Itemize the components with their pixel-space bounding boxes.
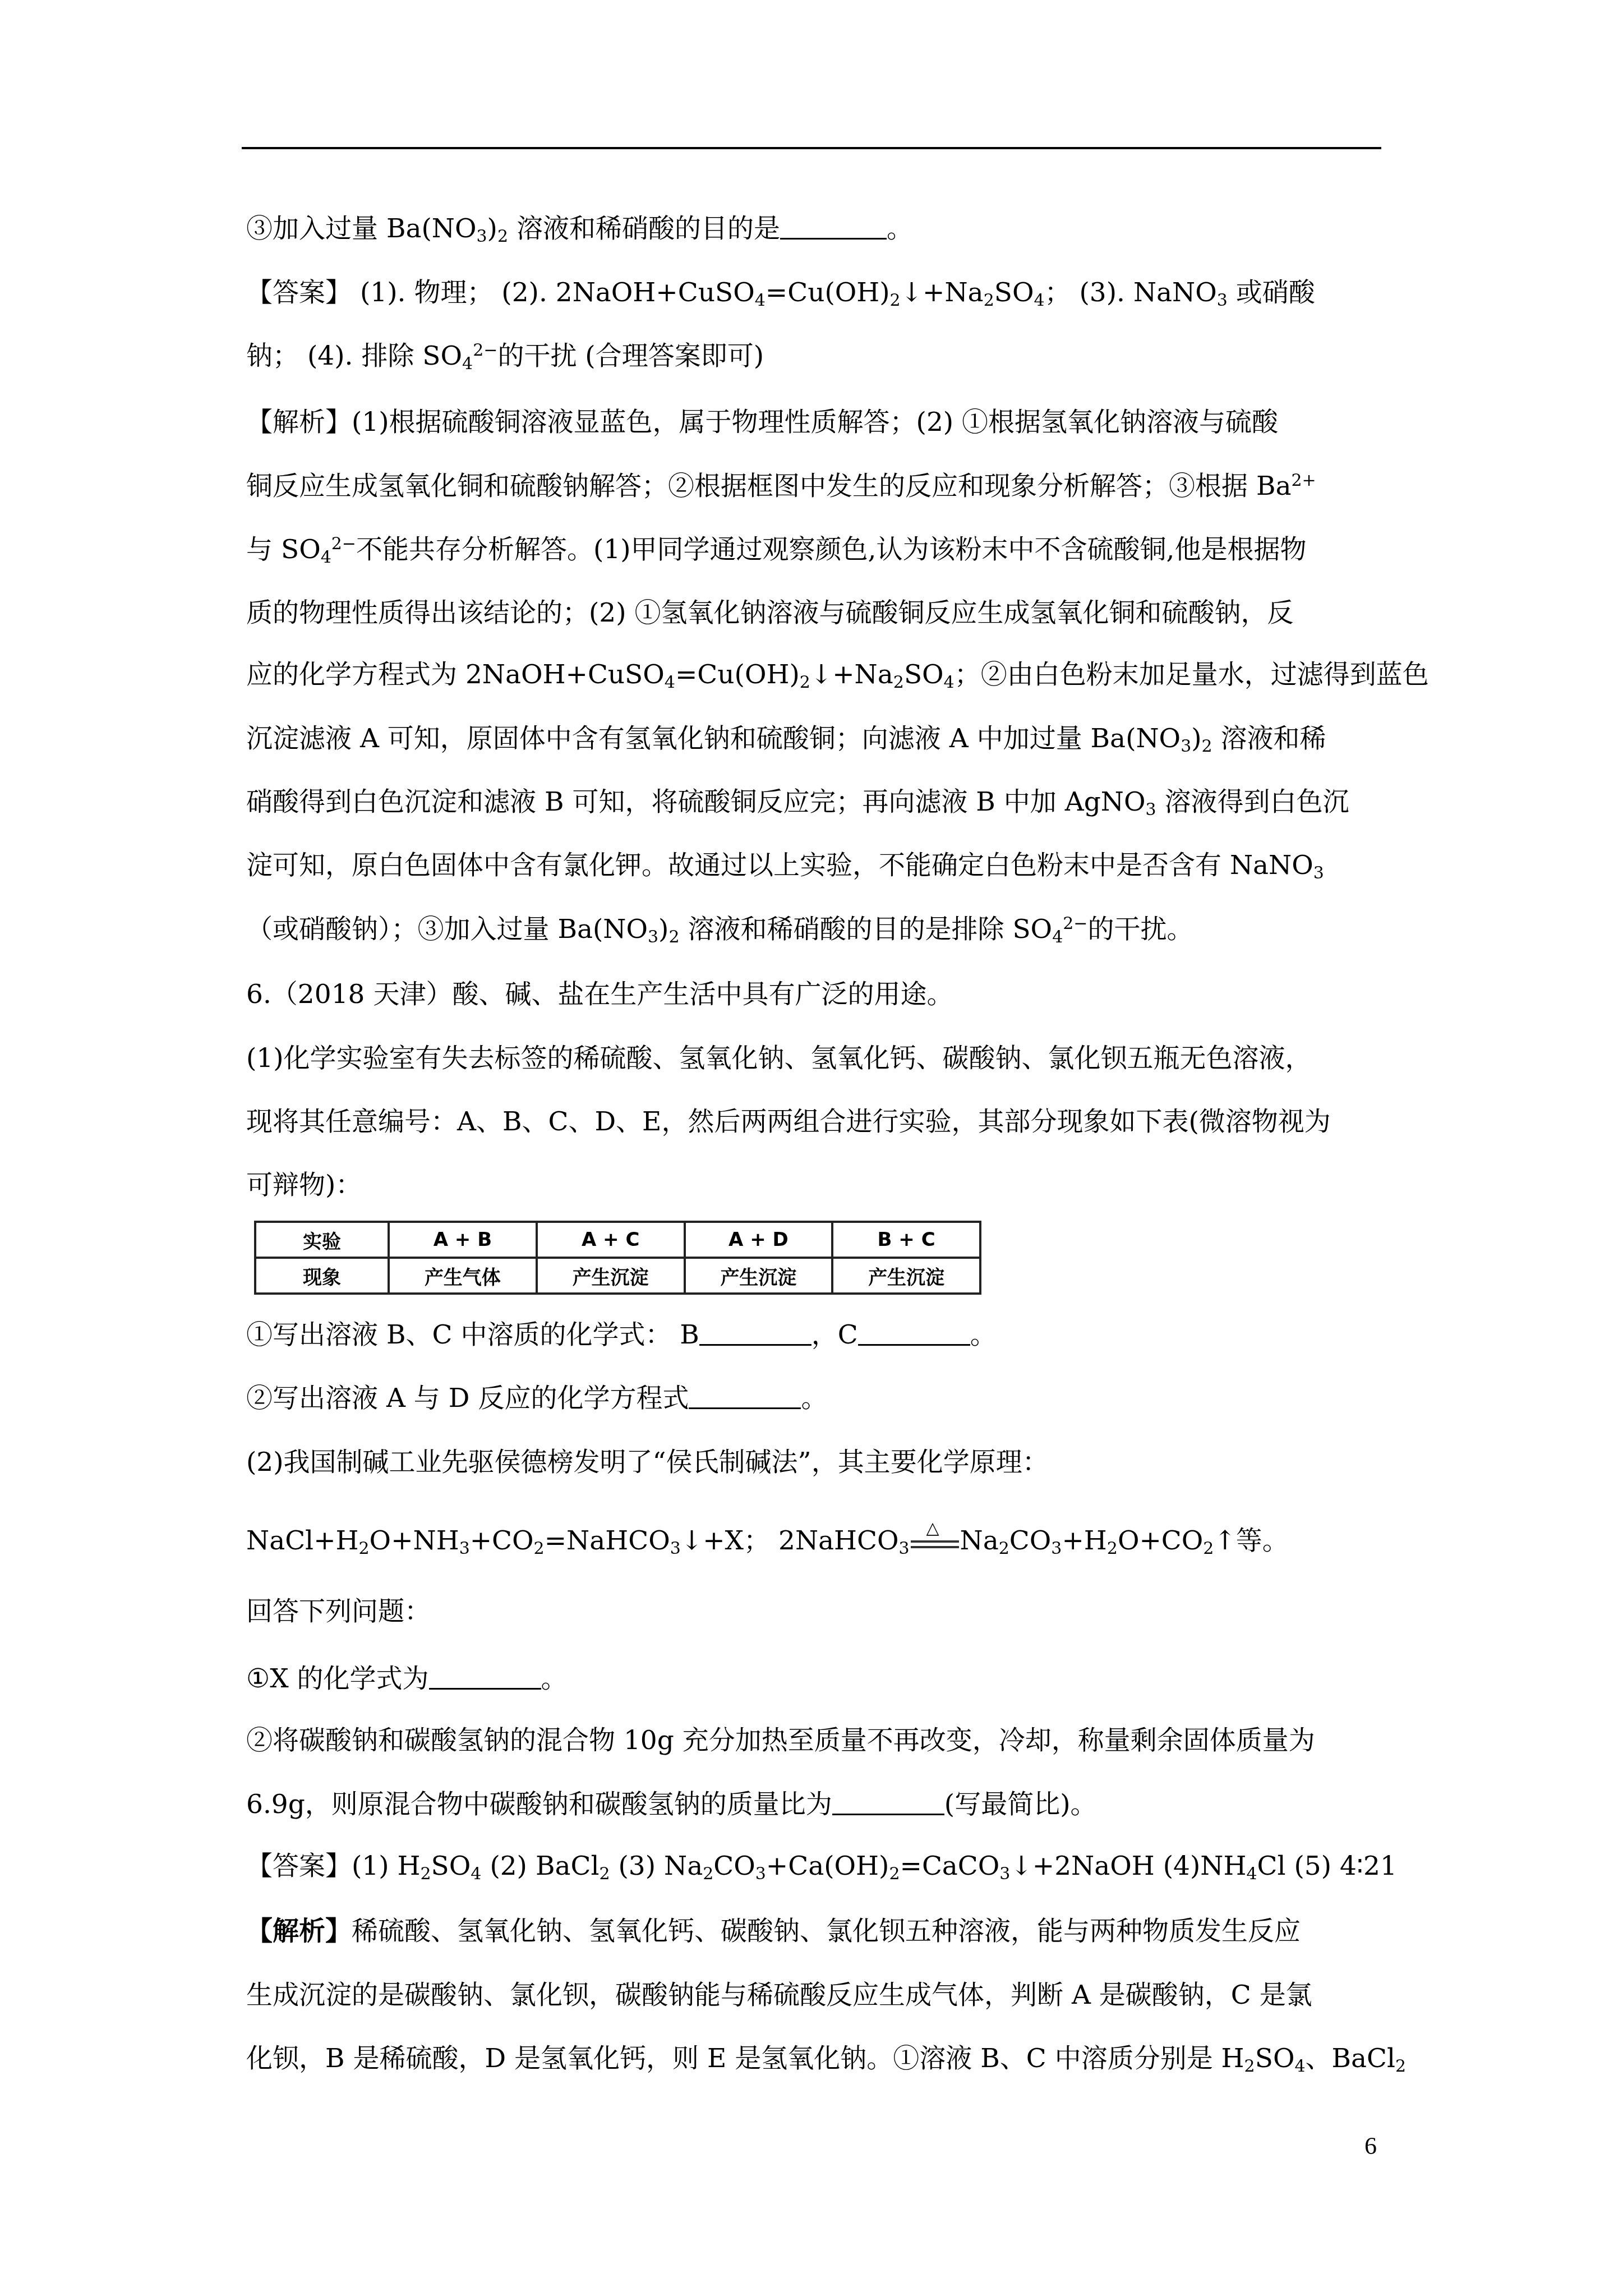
- text-segment: 回答下列问题：: [246, 1596, 431, 1627]
- text-line: 【解析】(1)根据硫酸铜溶液显蓝色，属于物理性质解答；(2) ①根据氢氧化钠溶液…: [246, 406, 1385, 439]
- subscript: 3: [1313, 863, 1324, 883]
- text-segment: 现将其任意编号：A、B、C、D、E，然后两两组合进行实验，其部分现象如下表(微溶…: [246, 1106, 1331, 1137]
- text-segment: O+NH: [370, 1525, 459, 1556]
- text-segment: 沉淀滤液 A 可知，原固体中含有氢氧化钠和硫酸铜；向滤液 A 中加过量 Ba(N…: [246, 723, 1181, 754]
- text-segment: ，C: [811, 1319, 858, 1350]
- text-segment: ↓+Na: [810, 659, 893, 690]
- text-segment: 【答案】 (1). 物理； (2). 2NaOH+CuSO: [246, 277, 755, 308]
- subscript: 4: [1052, 927, 1063, 947]
- text-segment: 的干扰 (合理答案即可): [497, 341, 764, 371]
- text-segment: 的干扰。: [1087, 914, 1193, 945]
- text-line: (1)化学实验室有失去标签的稀硫酸、氢氧化钠、氢氧化钙、碳酸钠、氯化钡五瓶无色溶…: [246, 1042, 1385, 1075]
- text-segment: Cl (5) 4∶21: [1257, 1851, 1397, 1881]
- text-segment: ①X 的化学式为: [246, 1663, 429, 1694]
- subscript: 4: [1294, 2056, 1305, 2076]
- subscript: 4: [665, 673, 675, 692]
- text-segment: ；②由白色粉末加足量水，过滤得到蓝色: [955, 659, 1429, 690]
- text-segment: 。: [801, 1383, 827, 1414]
- subscript: 2: [1203, 1539, 1214, 1558]
- superscript: 2−: [1063, 914, 1087, 933]
- subscript: 2: [1395, 2056, 1406, 2076]
- subscript: 2: [890, 291, 901, 310]
- text-segment: SO: [431, 1851, 471, 1881]
- text-segment: 生成沉淀的是碳酸钠、氯化钡，碳酸钠能与稀硫酸反应生成气体，判断 A 是碳酸钠，C…: [246, 1980, 1312, 2010]
- text-segment: 6.（2018 天津）酸、碱、盐在生产生活中具有广泛的用途。: [246, 979, 953, 1010]
- subscript: 2: [703, 1864, 713, 1884]
- text-segment: SO: [1255, 2043, 1295, 2074]
- text-segment: ): [1191, 723, 1201, 754]
- text-segment: ①写出溶液 B、C 中溶质的化学式： B: [246, 1319, 699, 1350]
- subscript: 3: [899, 1539, 910, 1558]
- table-cell: 实验: [255, 1222, 389, 1258]
- table-cell: B + C: [832, 1222, 980, 1258]
- text-line: 沉淀滤液 A 可知，原固体中含有氢氧化钠和硫酸铜；向滤液 A 中加过量 Ba(N…: [246, 722, 1385, 756]
- subscript: 4: [944, 673, 955, 692]
- superscript: 2−: [473, 341, 497, 360]
- text-line: 【解析】稀硫酸、氢氧化钠、氢氧化钙、碳酸钠、氯化钡五种溶液，能与两种物质发生反应: [246, 1915, 1385, 1948]
- text-segment: SO: [994, 277, 1034, 308]
- text-segment: 化钡，B 是稀硫酸，D 是氢氧化钙，则 E 是氢氧化钠。①溶液 B、C 中溶质分…: [246, 2043, 1244, 2074]
- subscript: 3: [648, 927, 658, 947]
- text-segment: ): [487, 213, 497, 244]
- subscript: 2: [599, 1864, 610, 1884]
- subscript: 2: [359, 1539, 370, 1558]
- subscript: 2: [889, 1864, 900, 1884]
- text-segment: +H: [1062, 1525, 1106, 1556]
- text-segment: 铜反应生成氢氧化铜和硫酸钠解答；②根据框图中发生的反应和现象分析解答；③根据 B…: [246, 471, 1292, 501]
- text-line: 生成沉淀的是碳酸钠、氯化钡，碳酸钠能与稀硫酸反应生成气体，判断 A 是碳酸钠，C…: [246, 1978, 1385, 2012]
- text-segment: ↓+X； 2NaHCO: [681, 1525, 899, 1556]
- text-segment: 【答案】(1) H: [246, 1851, 421, 1881]
- table-cell: A + B: [389, 1222, 537, 1258]
- text-segment: O+CO: [1118, 1525, 1203, 1556]
- table-row: 现象 产生气体 产生沉淀 产生沉淀 产生沉淀: [255, 1258, 980, 1294]
- text-segment: CO: [1009, 1525, 1052, 1556]
- answer-blank: [699, 1322, 811, 1346]
- subscript: 2: [984, 291, 994, 310]
- text-line: 与 SO42−不能共存分析解答。(1)甲同学通过观察颜色,认为该粉末中不含硫酸铜…: [246, 533, 1385, 567]
- text-line: 现将其任意编号：A、B、C、D、E，然后两两组合进行实验，其部分现象如下表(微溶…: [246, 1105, 1385, 1139]
- text-line: 可辩物)：: [246, 1168, 1385, 1202]
- text-segment: 稀硫酸、氢氧化钠、氢氧化钙、碳酸钠、氯化钡五种溶液，能与两种物质发生反应: [352, 1916, 1301, 1947]
- text-line: 应的化学方程式为 2NaOH+CuSO4=Cu(OH)2↓+Na2SO4；②由白…: [246, 658, 1385, 692]
- text-segment: ↓+Na: [901, 277, 984, 308]
- text-segment: 溶液和稀硝酸的目的是: [508, 213, 780, 244]
- subscript: 3: [1051, 1539, 1062, 1558]
- text-segment: ； (3). NaNO: [1045, 277, 1217, 308]
- text-segment: 不能共存分析解答。(1)甲同学通过观察颜色,认为该粉末中不含硫酸铜,他是根据物: [356, 534, 1306, 565]
- text-segment: （或硝酸钠）；③加入过量 Ba(NO: [246, 914, 648, 945]
- text-segment: ↓+2NaOH (4)NH: [1010, 1851, 1246, 1881]
- text-segment: 溶液和稀硝酸的目的是排除 SO: [680, 914, 1053, 945]
- text-line: 硝酸得到白色沉淀和滤液 B 可知，将硫酸铜反应完；再向滤液 B 中加 AgNO3…: [246, 785, 1385, 819]
- table-cell: 产生沉淀: [832, 1258, 980, 1294]
- text-segment: 溶液和稀: [1212, 723, 1326, 754]
- header-rule: [242, 147, 1381, 149]
- subscript: 2: [999, 1539, 1009, 1558]
- text-segment: (2) BaCl: [481, 1851, 599, 1881]
- text-segment: ②将碳酸钠和碳酸氢钠的混合物 10g 充分加热至质量不再改变，冷却，称量剩余固体…: [246, 1725, 1315, 1756]
- subscript: 2: [668, 927, 679, 947]
- text-segment: =CaCO: [900, 1851, 1000, 1881]
- text-segment: NaCl+H: [246, 1525, 359, 1556]
- subscript: 4: [471, 1864, 481, 1884]
- text-segment: 质的物理性质得出该结论的；(2) ①氢氧化钠溶液与硫酸铜反应生成氢氧化铜和硫酸钠…: [246, 597, 1294, 628]
- text-line: ②写出溶液 A 与 D 反应的化学方程式。: [246, 1382, 1385, 1415]
- text-segment: SO: [904, 659, 944, 690]
- text-segment: 应的化学方程式为 2NaOH+CuSO: [246, 659, 665, 690]
- superscript: 2−: [331, 534, 356, 554]
- text-line: 回答下列问题：: [246, 1595, 1385, 1628]
- text-segment: 、BaCl: [1306, 2043, 1396, 2074]
- text-segment: +Ca(OH): [766, 1851, 889, 1881]
- text-segment: 与 SO: [246, 534, 321, 565]
- text-line: 质的物理性质得出该结论的；(2) ①氢氧化钠溶液与硫酸铜反应生成氢氧化铜和硫酸钠…: [246, 596, 1385, 630]
- table-cell: A + C: [537, 1222, 685, 1258]
- text-segment: 【解析】: [246, 1916, 352, 1947]
- text-segment: 硝酸得到白色沉淀和滤液 B 可知，将硫酸铜反应完；再向滤液 B 中加 AgNO: [246, 786, 1145, 817]
- subscript: 2: [497, 227, 508, 246]
- answer-blank: [429, 1665, 541, 1690]
- delta-icon: △: [926, 1520, 939, 1537]
- text-line: ②将碳酸钠和碳酸氢钠的混合物 10g 充分加热至质量不再改变，冷却，称量剩余固体…: [246, 1724, 1385, 1757]
- subscript: 4: [1246, 1864, 1257, 1884]
- text-segment: ↑等。: [1214, 1525, 1288, 1556]
- table-cell: 产生沉淀: [537, 1258, 685, 1294]
- text-segment: (2)我国制碱工业先驱侯德榜发明了“侯氏制碱法”，其主要化学原理：: [246, 1447, 1049, 1478]
- answer-blank: [689, 1385, 801, 1409]
- text-line: 化钡，B 是稀硫酸，D 是氢氧化钙，则 E 是氢氧化钠。①溶液 B、C 中溶质分…: [246, 2042, 1385, 2076]
- answer-blank: [832, 1791, 944, 1815]
- text-line: （或硝酸钠）；③加入过量 Ba(NO3)2 溶液和稀硝酸的目的是排除 SO42−…: [246, 913, 1385, 946]
- text-line: ①写出溶液 B、C 中溶质的化学式： B，C。: [246, 1318, 1385, 1352]
- table-cell: A + D: [685, 1222, 833, 1258]
- subscript: 4: [462, 354, 473, 374]
- text-segment: Na: [960, 1525, 999, 1556]
- subscript: 3: [459, 1539, 470, 1558]
- text-segment: 【解析】(1)根据硫酸铜溶液显蓝色，属于物理性质解答；(2) ①根据氢氧化钠溶液…: [246, 407, 1278, 438]
- subscript: 2: [421, 1864, 431, 1884]
- text-segment: 钠； (4). 排除 SO: [246, 341, 462, 371]
- table-header-row: 实验 A + B A + C A + D B + C: [255, 1222, 980, 1258]
- subscript: 3: [755, 1864, 766, 1884]
- text-segment: 溶液得到白色沉: [1156, 786, 1349, 817]
- text-segment: CO: [713, 1851, 755, 1881]
- text-segment: ): [658, 914, 668, 945]
- experiment-table: 实验 A + B A + C A + D B + C 现象 产生气体 产生沉淀 …: [254, 1221, 981, 1295]
- answer-blank: [780, 215, 887, 240]
- text-segment: (写最简比)。: [944, 1789, 1097, 1820]
- text-line: 【答案】(1) H2SO4 (2) BaCl2 (3) Na2CO3+Ca(OH…: [246, 1849, 1385, 1883]
- answer-blank: [858, 1322, 970, 1346]
- text-segment: 。: [970, 1319, 997, 1350]
- text-segment: =NaHCO: [545, 1525, 670, 1556]
- table-cell: 现象: [255, 1258, 389, 1294]
- text-segment: 6.9g，则原混合物中碳酸钠和碳酸氢钠的质量比为: [246, 1789, 832, 1820]
- subscript: 3: [477, 227, 487, 246]
- text-segment: ②写出溶液 A 与 D 反应的化学方程式: [246, 1383, 689, 1414]
- text-segment: (3) Na: [610, 1851, 703, 1881]
- subscript: 4: [321, 547, 331, 567]
- subscript: 4: [1034, 291, 1044, 310]
- subscript: 3: [670, 1539, 681, 1558]
- text-line: 淀可知，原白色固体中含有氯化钾。故通过以上实验，不能确定白色粉末中是否含有 Na…: [246, 849, 1385, 882]
- text-line: 6.9g，则原混合物中碳酸钠和碳酸氢钠的质量比为(写最简比)。: [246, 1788, 1385, 1821]
- text-segment: 可辩物)：: [246, 1170, 362, 1200]
- text-line: 钠； (4). 排除 SO42−的干扰 (合理答案即可): [246, 339, 1385, 373]
- text-segment: =Cu(OH): [675, 659, 800, 690]
- text-line: NaCl+H2O+NH3+CO2=NaHCO3↓+X； 2NaHCO3△Na2C…: [246, 1524, 1385, 1558]
- table-cell: 产生沉淀: [685, 1258, 833, 1294]
- text-line: 【答案】 (1). 物理； (2). 2NaOH+CuSO4=Cu(OH)2↓+…: [246, 276, 1385, 310]
- subscript: 2: [1244, 2056, 1255, 2076]
- text-segment: ③加入过量 Ba(NO: [246, 213, 477, 244]
- text-segment: 或硝酸: [1228, 277, 1315, 308]
- subscript: 3: [1181, 737, 1191, 756]
- heating-condition-sign: △: [910, 1528, 960, 1550]
- text-line: 6.（2018 天津）酸、碱、盐在生产生活中具有广泛的用途。: [246, 978, 1385, 1011]
- text-segment: +CO: [470, 1525, 534, 1556]
- text-segment: =Cu(OH): [766, 277, 890, 308]
- text-segment: (1)化学实验室有失去标签的稀硫酸、氢氧化钠、氢氧化钙、碳酸钠、氯化钡五瓶无色溶…: [246, 1043, 1312, 1074]
- subscript: 2: [1107, 1539, 1118, 1558]
- text-line: 铜反应生成氢氧化铜和硫酸钠解答；②根据框图中发生的反应和现象分析解答；③根据 B…: [246, 470, 1385, 503]
- text-line: ③加入过量 Ba(NO3)2 溶液和稀硝酸的目的是。: [246, 212, 1385, 246]
- text-segment: 。: [541, 1663, 568, 1694]
- text-line: ①X 的化学式为。: [246, 1662, 1385, 1696]
- superscript: 2+: [1292, 471, 1316, 490]
- text-segment: 淀可知，原白色固体中含有氯化钾。故通过以上实验，不能确定白色粉末中是否含有 Na…: [246, 850, 1313, 881]
- subscript: 3: [1217, 291, 1228, 310]
- subscript: 2: [534, 1539, 545, 1558]
- subscript: 4: [755, 291, 766, 310]
- subscript: 2: [1202, 737, 1212, 756]
- subscript: 2: [893, 673, 904, 692]
- subscript: 2: [800, 673, 810, 692]
- text-segment: 。: [887, 213, 913, 244]
- subscript: 3: [1145, 800, 1156, 820]
- subscript: 3: [999, 1864, 1010, 1884]
- table-cell: 产生气体: [389, 1258, 537, 1294]
- text-line: (2)我国制碱工业先驱侯德榜发明了“侯氏制碱法”，其主要化学原理：: [246, 1446, 1385, 1479]
- page-number: 6: [1364, 2132, 1377, 2160]
